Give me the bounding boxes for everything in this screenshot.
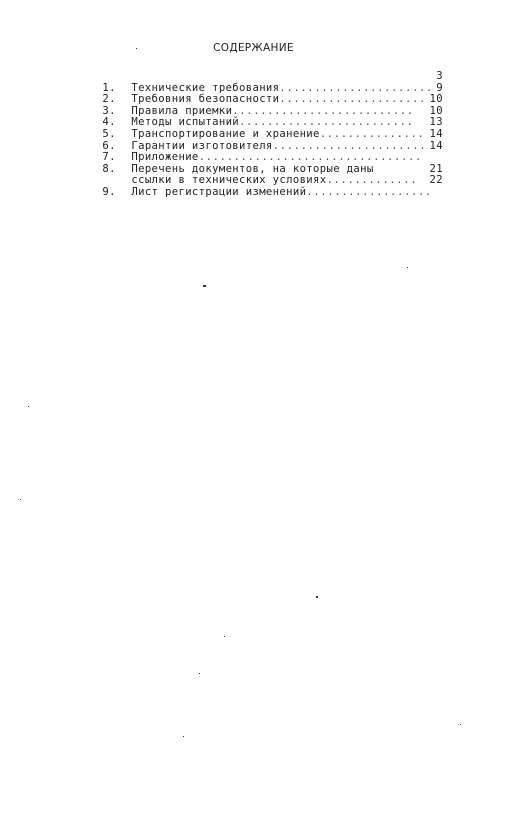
toc-entry: 1.Технические требования................… xyxy=(62,71,447,83)
toc-entry: 7.Приложение............................… xyxy=(62,141,447,153)
toc-entry-page: 14 xyxy=(430,129,443,141)
table-of-contents: 1.Технические требования................… xyxy=(62,71,447,187)
toc-entry-page: 3 xyxy=(436,71,443,83)
scan-speck xyxy=(203,285,206,287)
toc-leader-dots: .................. xyxy=(306,186,432,198)
toc-entry: 4.Методы испытаний......................… xyxy=(62,106,447,118)
toc-entry-title: Лист регистрации изменений xyxy=(131,186,306,198)
scan-speck xyxy=(28,406,29,407)
toc-entry-number: 9. xyxy=(102,187,131,199)
document-page: СОДЕРЖАНИЕ 1.Технические требования.....… xyxy=(0,0,507,829)
toc-entry: 2.Требовния безопасности................… xyxy=(62,83,447,95)
scan-speck xyxy=(224,636,225,637)
toc-entry-continuation: 0.ссылки в технических условиях.........… xyxy=(62,164,447,176)
scan-speck xyxy=(407,267,408,268)
scan-speck xyxy=(460,724,461,725)
toc-entry: 8.Перечень документов, на которые даны xyxy=(62,152,447,164)
scan-speck xyxy=(136,48,137,49)
toc-entry-page: 22 xyxy=(430,175,443,187)
toc-entry-page: 14 xyxy=(430,141,443,153)
toc-entry: 3.Правила приемки.......................… xyxy=(62,94,447,106)
toc-entry: 5.Транспортирование и хранение..........… xyxy=(62,117,447,129)
toc-entry: 9.Лист регистрации изменений............… xyxy=(62,175,447,187)
scan-speck xyxy=(199,673,200,674)
page-title: СОДЕРЖАНИЕ xyxy=(0,42,507,54)
toc-entry: 6.Гарантии изготовителя.................… xyxy=(62,129,447,141)
scan-speck xyxy=(183,736,184,737)
scan-speck xyxy=(316,596,318,598)
scan-speck xyxy=(20,499,21,500)
